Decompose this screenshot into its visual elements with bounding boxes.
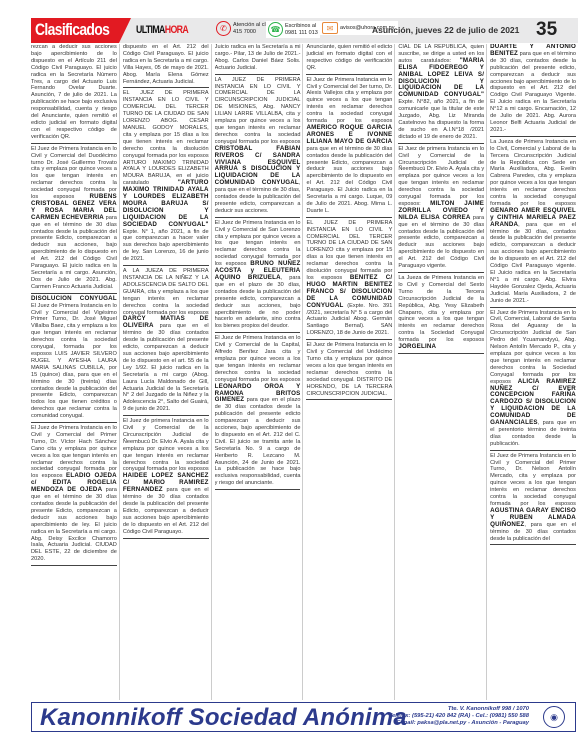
advertiser-phone: Telefax: (595-21) 420 842 (RA) - Cel.: (… [389,713,529,720]
section-title-block: Clasificados [31,18,131,43]
notice-parties: AGUSTINA GARAY ENCISO Y RUBEN ALMADA QUI… [490,507,576,528]
legal-notice: A LA JUEZA DE PRIMERA INSTANCIA DE LA NI… [123,268,209,416]
contact-value: 415 7000 [233,29,256,35]
legal-notice: El Juez de Primera Instancia en lo Civil… [215,220,301,334]
footer-advertisement: Kanonnikoff Sociedad Anónima Tte. V. Kan… [31,702,576,732]
notice-parties: DUARTE Y ANTONIO BENITEZ [490,44,576,57]
column-2: dispuesto en el Art. 212 del Código Civi… [123,44,212,700]
contact-label: Escribinos al [285,23,316,29]
notice-parties: ALICIA RAMIREZ NUÑEZ C/ EVER CONCEPCION … [490,378,576,426]
legal-notice: DISOLUCION CONYUGAL El Juez de Primera I… [31,296,117,423]
legal-notice: El Juez de primera Instancia en lo Civil… [398,146,484,273]
legal-notice: EL JUEZ DE PRIMERA INSTANCIA EN LO CIVIL… [123,90,209,266]
notice-parties: BENITEZ C/ HUGO MARTIN BENITEZ FRANCO S/… [306,274,392,309]
column-4: Anunciante, quien remitió el edicto judi… [306,44,395,700]
advertiser-contact-info: Tte. V. Kanonnikoff 998 / 1070 Telefax: … [389,706,529,728]
advertiser-email: E-mail: paksa@pla.net.py - Asunción - Pa… [389,720,529,727]
legal-notice: DUARTE Y ANTONIO BENITEZ para que en el … [490,44,576,137]
logo-ultima: ULTIMA [136,24,165,36]
notice-parties: RUBENS CRISTOBAL GENEZ VERA Y ROSA MARIA… [31,193,117,221]
notice-parties: CRISTOBAL FABIAN RIVEROS C/ SANDRA VIVIA… [215,145,301,187]
notice-parties: "MARIA ELISA FIDOEREGO Y ANIBAL LOPEZ LE… [398,57,484,99]
legal-notice: El Juez de Primera Instancia en lo Civil… [215,335,301,490]
notice-parties: MILTON JAIME ZORRILLA OVIEDO Y NILDA ELI… [398,200,484,221]
legal-notice: rezcan a deducir sus acciones bajo aperc… [31,44,117,144]
column-1: rezcan a deducir sus acciones bajo aperc… [31,44,120,700]
notice-parties: DISOLUCION CONYUGAL [31,295,117,302]
section-title: Clasificados [35,20,109,40]
logo-hora: HORA [165,24,188,36]
notice-parties: HAIDEE LOPEZ SANCHEZ C/ MARIO RAMIREZ FE… [123,472,209,493]
legal-notice: EL JUEZ DE PRIMERA INSTANCIA EN LO CIVIL… [306,220,392,340]
column-3: Juicio radica en la Secretaría a mi carg… [215,44,304,700]
legal-notice: El Juez de primera Instancia en lo Civil… [123,418,209,538]
page-header: Clasificados ULTIMAHORA ✆ Atención al cl… [31,18,578,43]
legal-notice: El Juez de Primera Instancia en lo Civil… [306,77,392,218]
notice-parties: ELADIO OJEDA c/ EDITA ROGELIA MENDOZA DE… [31,472,117,493]
seal-logo-icon: ◉ [543,706,565,728]
phone-icon: ✆ [216,21,231,36]
legal-notice: LA JUEZ DE PRIMERA INSTANCIA EN LO CIVIL… [215,77,301,218]
notice-parties: GENARO AMER ESQUIVEL y CINTHIA MARIELA P… [490,207,576,228]
column-5: CIAL DE LA REPUBLICA, quien suscribe, se… [398,44,487,700]
legal-notice: El Juez de Primera Instancia en lo Civil… [31,425,117,566]
advertiser-address: Tte. V. Kanonnikoff 998 / 1070 [389,706,529,713]
ultimahora-logo: ULTIMAHORA [136,24,188,36]
column-6: DUARTE Y ANTONIO BENITEZ para que en el … [490,44,578,700]
notice-parties: AMERICO ROQUE GARCIA ARONES E IVONNE LIL… [306,124,392,145]
notice-parties: BRUNO NUÑEZ ACOSTA y ELEUTERIA AQUINO BR… [215,260,301,281]
notice-parties: JORGELINA [398,343,436,350]
legal-notice: dispuesto en el Art. 212 del Código Civi… [123,44,209,88]
advertiser-name: Kanonnikoff Sociedad Anónima [40,704,407,732]
legal-notice: La Jueza de Primera Instancia en lo Civi… [398,275,484,354]
notice-parties: LEONARDO OROA Y RAMONA BRITOS GIMENEZ [215,383,301,404]
dateline: Asunción, jueves 22 de julio de 2021 [372,25,519,35]
page-number: 35 [536,19,557,41]
mail-icon: ✉ [322,22,338,34]
notice-parties: DARCY MATIAS DE OLIVEIRA [123,315,209,329]
legal-notice: CIAL DE LA REPUBLICA, quien suscribe, se… [398,44,484,144]
classified-columns: rezcan a deducir sus acciones bajo aperc… [31,44,578,700]
legal-notice: El Juez de Primera Instancia en lo Civil… [490,453,576,546]
contact-value: 0981 111 013 [285,30,318,36]
notice-parties: "ARTURO MAXIMO TRINIDAD AYALA Y LOURDES … [123,179,209,227]
legal-notice: Anunciante, quien remitió el edicto judi… [306,44,392,75]
legal-notice: La Jueza de Primera Instancia en lo Civi… [490,139,576,308]
legal-notice: El Juez de Primera Instancia en lo Civil… [31,146,117,294]
whatsapp-contact: ☎ Escribinos al0981 111 013 [266,21,320,38]
legal-notice: Juicio radica en la Secretaría a mi carg… [215,44,301,75]
legal-notice: El Juez de Primera Instancia en lo Civil… [490,310,576,451]
whatsapp-icon: ☎ [268,22,283,37]
legal-notice: El Juez de Primera Instancia en lo Civil… [306,342,392,400]
